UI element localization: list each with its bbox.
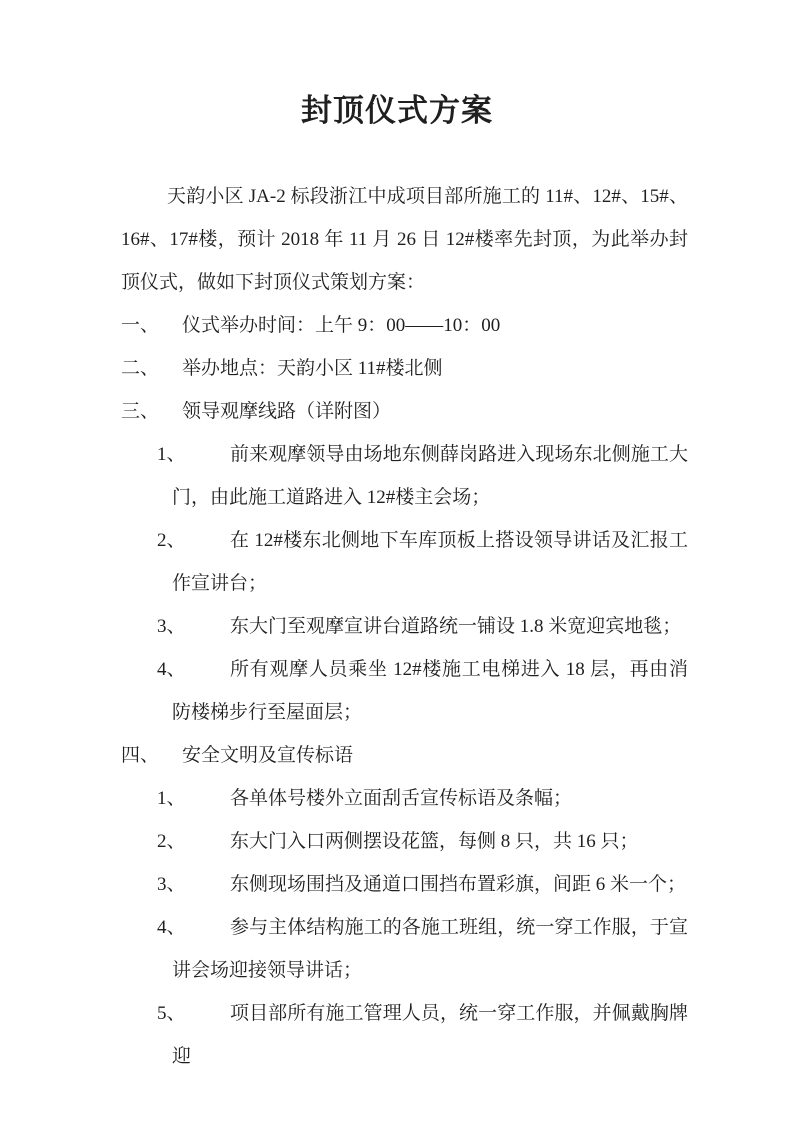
section-number: 三、	[121, 390, 182, 433]
list-item-text: 各单体号楼外立面刮舌宣传标语及条幅；	[230, 788, 572, 809]
section-heading-text: 仪式举办时间：上午 9：00——10：00	[182, 315, 500, 336]
list-item: 3、东侧现场围挡及通道口围挡布置彩旗，间距 6 米一个；	[121, 863, 688, 906]
list-item: 2、东大门入口两侧摆设花篮，每侧 8 只，共 16 只；	[121, 820, 688, 863]
section-heading-1: 一、仪式举办时间：上午 9：00——10：00	[121, 304, 688, 347]
section-heading-2: 二、举办地点：天韵小区 11#楼北侧	[121, 347, 688, 390]
list-item-number: 5、	[157, 992, 186, 1035]
list-item-text: 参与主体结构施工的各施工班组，统一穿工作服，于宣讲会场迎接领导讲话；	[172, 917, 688, 981]
list-item-number: 3、	[157, 605, 186, 648]
list-item: 3、东大门至观摩宣讲台道路统一铺设 1.8 米宽迎宾地毯；	[121, 605, 688, 648]
list-item-text: 在 12#楼东北侧地下车库顶板上搭设领导讲话及汇报工作宣讲台；	[172, 530, 688, 594]
list-item-number: 4、	[157, 906, 186, 949]
list-item-text: 项目部所有施工管理人员，统一穿工作服，并佩戴胸牌迎	[172, 1003, 688, 1067]
section-heading-text: 安全文明及宣传标语	[182, 745, 353, 766]
list-item-number: 3、	[157, 863, 186, 906]
list-item: 4、所有观摩人员乘坐 12#楼施工电梯进入 18 层，再由消防楼梯步行至屋面层；	[121, 648, 688, 734]
section-heading-text: 领导观摩线路（详附图）	[182, 401, 391, 422]
list-item: 5、项目部所有施工管理人员，统一穿工作服，并佩戴胸牌迎	[121, 992, 688, 1078]
section-number: 四、	[121, 734, 182, 777]
section-number: 一、	[121, 304, 182, 347]
section-heading-4: 四、安全文明及宣传标语	[121, 734, 688, 777]
list-item-text: 前来观摩领导由场地东侧薛岗路进入现场东北侧施工大门，由此施工道路进入 12#楼主…	[172, 444, 688, 508]
list-item-text: 东大门入口两侧摆设花篮，每侧 8 只，共 16 只；	[230, 831, 639, 852]
list-item-text: 东侧现场围挡及通道口围挡布置彩旗，间距 6 米一个；	[230, 874, 686, 895]
list-item-number: 1、	[157, 777, 186, 820]
document-page: 封顶仪式方案 天韵小区 JA-2 标段浙江中成项目部所施工的 11#、12#、1…	[0, 0, 794, 1123]
list-item-number: 1、	[157, 433, 186, 476]
list-item-number: 4、	[157, 648, 186, 691]
list-item-text: 东大门至观摩宣讲台道路统一铺设 1.8 米宽迎宾地毯；	[230, 616, 681, 637]
list-item: 1、前来观摩领导由场地东侧薛岗路进入现场东北侧施工大门，由此施工道路进入 12#…	[121, 433, 688, 519]
list-item: 4、参与主体结构施工的各施工班组，统一穿工作服，于宣讲会场迎接领导讲话；	[121, 906, 688, 992]
document-body: 天韵小区 JA-2 标段浙江中成项目部所施工的 11#、12#、15#、16#、…	[121, 175, 688, 1078]
section-heading-text: 举办地点：天韵小区 11#楼北侧	[182, 358, 443, 379]
list-item-number: 2、	[157, 519, 186, 562]
document-title: 封顶仪式方案	[0, 91, 794, 131]
list-item-number: 2、	[157, 820, 186, 863]
section-heading-3: 三、领导观摩线路（详附图）	[121, 390, 688, 433]
intro-paragraph: 天韵小区 JA-2 标段浙江中成项目部所施工的 11#、12#、15#、16#、…	[121, 175, 688, 304]
list-item-text: 所有观摩人员乘坐 12#楼施工电梯进入 18 层，再由消防楼梯步行至屋面层；	[172, 659, 688, 723]
list-item: 1、各单体号楼外立面刮舌宣传标语及条幅；	[121, 777, 688, 820]
section-number: 二、	[121, 347, 182, 390]
list-item: 2、在 12#楼东北侧地下车库顶板上搭设领导讲话及汇报工作宣讲台；	[121, 519, 688, 605]
